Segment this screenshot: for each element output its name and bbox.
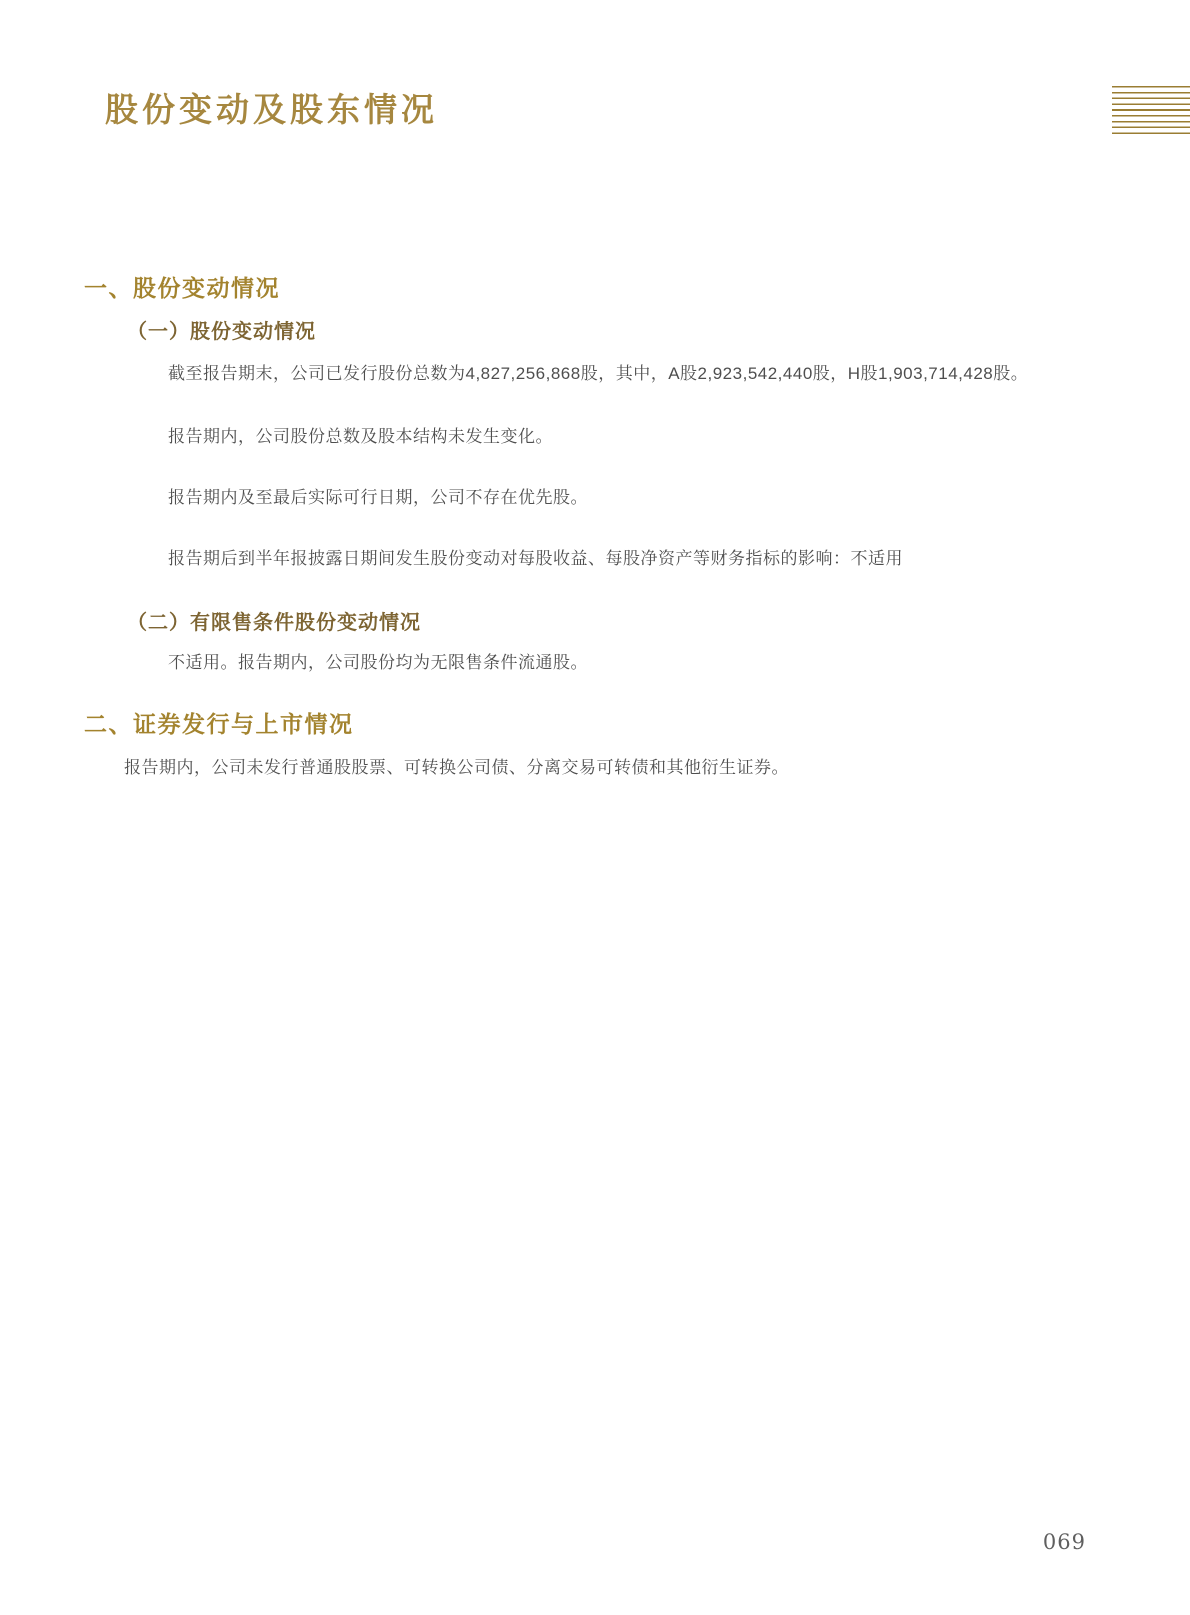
body-paragraph-no-change: 报告期内，公司股份总数及股本结构未发生变化。 [168,424,553,450]
body-paragraph-no-preferred-shares: 报告期内及至最后实际可行日期，公司不存在优先股。 [168,485,588,511]
section-2-heading: 二、证券发行与上市情况 [84,706,354,739]
subsection-1-1-heading: （一）股份变动情况 [127,315,316,344]
body-paragraph-post-period-impact: 报告期后到半年报披露日期间发生股份变动对每股收益、每股净资产等财务指标的影响：不… [168,546,903,572]
page-title: 股份变动及股东情况 [105,84,438,131]
gold-lines-decoration [1112,86,1190,135]
body-paragraph-share-total: 截至报告期末，公司已发行股份总数为4,827,256,868股，其中，A股2,9… [168,361,1028,387]
body-paragraph-restricted-shares: 不适用。报告期内，公司股份均为无限售条件流通股。 [168,650,588,676]
report-page: 股份变动及股东情况 一、股份变动情况 （一）股份变动情况 截至报告期末，公司已发… [0,0,1190,1615]
subsection-1-2-heading: （二）有限售条件股份变动情况 [127,606,421,635]
section-1-heading: 一、股份变动情况 [84,270,280,303]
page-number: 069 [1016,1530,1086,1554]
body-paragraph-no-issuance: 报告期内，公司未发行普通股股票、可转换公司债、分离交易可转债和其他衍生证券。 [124,755,789,781]
